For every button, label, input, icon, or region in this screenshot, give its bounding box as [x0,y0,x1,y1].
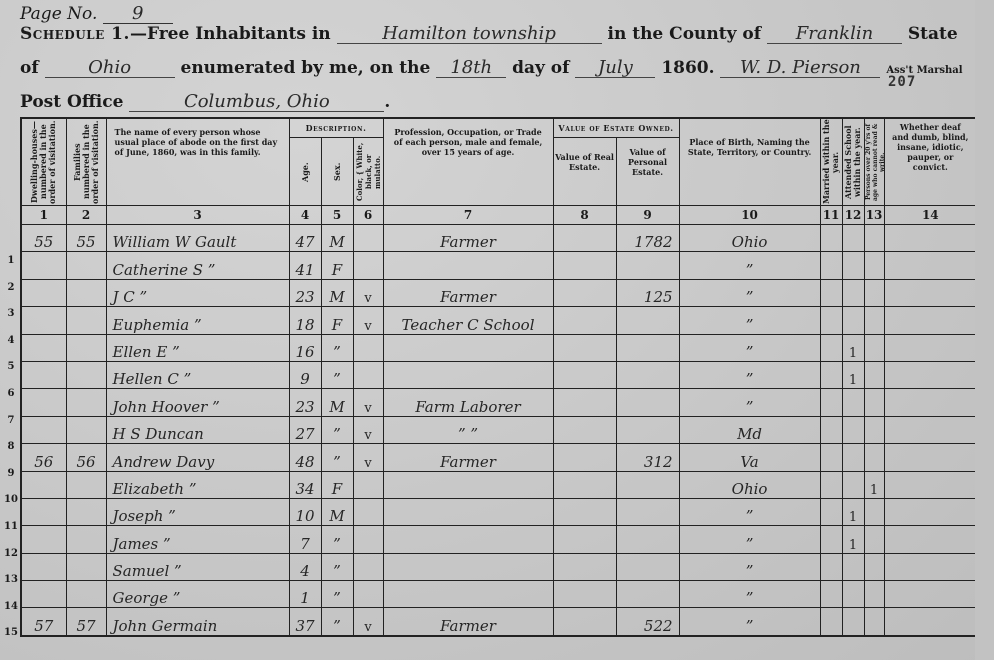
cell-attended-school [842,581,864,608]
header-col-4: Age. [289,138,321,206]
cell-married-within-year [820,252,842,279]
cell-sex: F [321,252,353,279]
cell-color [353,252,383,279]
cell-family-number: 57 [66,608,106,636]
cell-condition [884,416,977,443]
col-num-11: 11 [820,206,842,225]
header-col-7: Profession, Occupation, or Trade of each… [383,118,553,206]
cell-condition [884,307,977,334]
of-label: of [20,58,39,78]
post-office-value: Columbus, Ohio [129,93,384,112]
cell-birthplace: Ohio [679,471,820,498]
cell-occupation [383,361,553,388]
post-office-label: Post Office [20,92,123,112]
cell-person-name: John Germain [106,608,289,636]
line-number: 15 [3,627,19,638]
cell-married-within-year [820,334,842,361]
cell-dwelling-number [21,334,66,361]
cell-color [353,361,383,388]
cell-dwelling-number [21,416,66,443]
cell-real-estate-value [553,361,616,388]
cell-real-estate-value [553,334,616,361]
page-number: Page No. 9 [20,4,173,24]
adjacent-page-edge [975,0,994,660]
cell-married-within-year [820,526,842,553]
line-number: 13 [3,574,19,585]
cell-age: 37 [289,608,321,636]
cell-person-name: H S Duncan [106,416,289,443]
description-group-header: Description. [289,118,383,138]
cell-attended-school: 1 [842,361,864,388]
cell-personal-estate-value: 125 [616,279,679,306]
cell-person-name: George ” [106,581,289,608]
cell-family-number [66,526,106,553]
cell-condition [884,471,977,498]
cell-occupation [383,252,553,279]
cell-family-number [66,471,106,498]
cell-real-estate-value [553,279,616,306]
cell-birthplace: ” [679,389,820,416]
column-number-row: 1 2 3 4 5 6 7 8 9 10 11 12 13 14 [21,206,977,225]
cell-sex: F [321,471,353,498]
table-row: Hellen C ”9””1 [21,361,977,388]
cell-real-estate-value [553,581,616,608]
header-col-5: Sex. [321,138,353,206]
cell-attended-school: 1 [842,334,864,361]
cell-condition [884,361,977,388]
cell-real-estate-value [553,526,616,553]
cell-cannot-read-write [864,389,884,416]
page-number-value: 9 [103,5,173,24]
cell-attended-school: 1 [842,498,864,525]
header-col-8: Value of Real Estate. [553,138,616,206]
cell-condition [884,608,977,636]
cell-sex: M [321,498,353,525]
table-row: Elizabeth ”34FOhio1 [21,471,977,498]
cell-color: v [353,279,383,306]
col-num-6: 6 [353,206,383,225]
cell-color: v [353,444,383,471]
cell-cannot-read-write [864,581,884,608]
cell-birthplace: Va [679,444,820,471]
cell-married-within-year [820,498,842,525]
cell-person-name: Samuel ” [106,553,289,580]
cell-married-within-year [820,279,842,306]
cell-personal-estate-value [616,553,679,580]
cell-dwelling-number [21,279,66,306]
cell-attended-school [842,471,864,498]
cell-attended-school [842,416,864,443]
cell-personal-estate-value [616,526,679,553]
cell-cannot-read-write [864,334,884,361]
cell-dwelling-number: 55 [21,225,66,252]
cell-cannot-read-write [864,225,884,252]
cell-occupation [383,526,553,553]
cell-sex: M [321,279,353,306]
cell-age: 34 [289,471,321,498]
cell-person-name: Elizabeth ” [106,471,289,498]
cell-dwelling-number [21,252,66,279]
cell-sex: ” [321,553,353,580]
cell-condition [884,526,977,553]
cell-personal-estate-value [616,581,679,608]
cell-married-within-year [820,471,842,498]
line-number: 11 [3,521,19,532]
cell-married-within-year [820,361,842,388]
cell-married-within-year [820,581,842,608]
cell-condition [884,553,977,580]
cell-family-number [66,581,106,608]
cell-cannot-read-write: 1 [864,471,884,498]
cell-condition [884,444,977,471]
census-rows: 5555William W Gault47MFarmer1782OhioCath… [21,225,977,636]
cell-sex: ” [321,416,353,443]
cell-occupation [383,471,553,498]
year-value: 1860. [661,58,714,78]
day-value: 18th [436,59,506,78]
cell-personal-estate-value [616,389,679,416]
cell-age: 23 [289,389,321,416]
cell-age: 41 [289,252,321,279]
cell-birthplace: ” [679,279,820,306]
cell-real-estate-value [553,608,616,636]
cell-person-name: Andrew Davy [106,444,289,471]
cell-real-estate-value [553,416,616,443]
header-col-11: Married within the year. [820,118,842,206]
table-row: James ”7””1 [21,526,977,553]
col-num-9: 9 [616,206,679,225]
cell-occupation: ” ” [383,416,553,443]
cell-family-number [66,553,106,580]
estate-group-header: Value of Estate Owned. [553,118,679,138]
cell-age: 10 [289,498,321,525]
cell-person-name: James ” [106,526,289,553]
table-row: John Hoover ”23MvFarm Laborer” [21,389,977,416]
cell-age: 27 [289,416,321,443]
col-num-12: 12 [842,206,864,225]
cell-personal-estate-value [616,416,679,443]
cell-personal-estate-value: 312 [616,444,679,471]
col-num-14: 14 [884,206,977,225]
cell-married-within-year [820,608,842,636]
cell-cannot-read-write [864,553,884,580]
cell-birthplace: ” [679,526,820,553]
cell-color [353,553,383,580]
cell-attended-school: 1 [842,526,864,553]
cell-person-name: John Hoover ” [106,389,289,416]
cell-cannot-read-write [864,307,884,334]
cell-dwelling-number [21,471,66,498]
county-value: Franklin [767,25,902,44]
state-label: State [908,24,958,44]
cell-real-estate-value [553,471,616,498]
cell-person-name: Catherine S ” [106,252,289,279]
cell-person-name: Euphemia ” [106,307,289,334]
cell-condition [884,498,977,525]
table-row: 5656Andrew Davy48”vFarmer312Va [21,444,977,471]
cell-sex: ” [321,581,353,608]
cell-color: v [353,389,383,416]
cell-birthplace: Ohio [679,225,820,252]
table-row: Samuel ”4”” [21,553,977,580]
cell-cannot-read-write [864,526,884,553]
cell-real-estate-value [553,389,616,416]
cell-attended-school [842,225,864,252]
cell-dwelling-number [21,526,66,553]
cell-birthplace: Md [679,416,820,443]
cell-occupation: Teacher C School [383,307,553,334]
cell-dwelling-number: 57 [21,608,66,636]
month-value: July [575,59,655,78]
cell-attended-school [842,553,864,580]
cell-personal-estate-value [616,334,679,361]
table-row: 5555William W Gault47MFarmer1782Ohio [21,225,977,252]
census-table: Dwelling-houses—numbered in the order of… [20,117,978,637]
cell-family-number [66,416,106,443]
cell-birthplace: ” [679,307,820,334]
cell-birthplace: ” [679,553,820,580]
county-label: in the County of [607,24,761,44]
cell-real-estate-value [553,252,616,279]
cell-color [353,498,383,525]
table-row: 5757John Germain37”vFarmer522” [21,608,977,636]
table-row: Ellen E ”16””1 [21,334,977,361]
col-num-2: 2 [66,206,106,225]
table-row: George ”1”” [21,581,977,608]
cell-cannot-read-write [864,416,884,443]
marshal-number: 207 [888,74,916,90]
cell-attended-school [842,444,864,471]
cell-color: v [353,307,383,334]
cell-sex: ” [321,444,353,471]
cell-occupation [383,334,553,361]
cell-married-within-year [820,225,842,252]
header-col-14: Whether deaf and dumb, blind, insane, id… [884,118,977,206]
post-office-period: . [384,92,390,112]
cell-real-estate-value [553,307,616,334]
line-number: 6 [3,388,19,399]
cell-family-number [66,334,106,361]
col-num-10: 10 [679,206,820,225]
col-num-13: 13 [864,206,884,225]
cell-attended-school [842,608,864,636]
cell-color [353,471,383,498]
cell-married-within-year [820,416,842,443]
cell-cannot-read-write [864,498,884,525]
cell-person-name: William W Gault [106,225,289,252]
cell-attended-school [842,389,864,416]
cell-sex: M [321,389,353,416]
col-num-3: 3 [106,206,289,225]
cell-personal-estate-value [616,471,679,498]
heading-line-1: Schedule 1.—Free Inhabitants in Hamilton… [20,24,958,44]
cell-attended-school [842,252,864,279]
col-num-4: 4 [289,206,321,225]
cell-occupation: Farmer [383,279,553,306]
cell-real-estate-value [553,498,616,525]
cell-family-number [66,307,106,334]
cell-birthplace: ” [679,252,820,279]
cell-sex: F [321,307,353,334]
cell-color: v [353,608,383,636]
header-col-13: Persons over 20 y'rs of age who cannot r… [864,118,884,206]
cell-personal-estate-value [616,252,679,279]
cell-dwelling-number [21,361,66,388]
cell-person-name: J C ” [106,279,289,306]
cell-condition [884,225,977,252]
cell-married-within-year [820,553,842,580]
cell-real-estate-value [553,444,616,471]
cell-occupation [383,498,553,525]
cell-attended-school [842,279,864,306]
cell-personal-estate-value: 1782 [616,225,679,252]
cell-personal-estate-value [616,307,679,334]
cell-dwelling-number [21,498,66,525]
header-col-3: The name of every person whose usual pla… [106,118,289,206]
line-number: 1 [3,255,19,266]
cell-personal-estate-value: 522 [616,608,679,636]
cell-personal-estate-value [616,498,679,525]
table-row: Euphemia ”18FvTeacher C School” [21,307,977,334]
table-row: H S Duncan27”v” ”Md [21,416,977,443]
cell-birthplace: ” [679,608,820,636]
line-number: 3 [3,308,19,319]
cell-condition [884,252,977,279]
cell-cannot-read-write [864,361,884,388]
schedule-label: Schedule 1. [20,24,130,44]
line-number: 14 [3,601,19,612]
line-number: 10 [3,494,19,505]
line-number: 4 [3,335,19,346]
cell-age: 7 [289,526,321,553]
cell-sex: ” [321,526,353,553]
cell-dwelling-number: 56 [21,444,66,471]
line-number: 7 [3,415,19,426]
cell-occupation [383,553,553,580]
line-number: 5 [3,361,19,372]
cell-real-estate-value [553,553,616,580]
table-row: Joseph ”10M”1 [21,498,977,525]
cell-married-within-year [820,389,842,416]
cell-age: 23 [289,279,321,306]
cell-person-name: Hellen C ” [106,361,289,388]
header-col-2: Families numbered in the order of visita… [66,118,106,206]
cell-age: 47 [289,225,321,252]
col-num-7: 7 [383,206,553,225]
cell-family-number [66,389,106,416]
header-col-9: Value of Personal Estate. [616,138,679,206]
page-number-label: Page No. [20,4,97,24]
cell-occupation: Farmer [383,444,553,471]
township-value: Hamilton township [337,25,602,44]
cell-person-name: Joseph ” [106,498,289,525]
cell-real-estate-value [553,225,616,252]
cell-family-number [66,498,106,525]
cell-sex: ” [321,334,353,361]
cell-condition [884,581,977,608]
header-col-6: Color, { White, black, or mulatto. [353,138,383,206]
cell-age: 4 [289,553,321,580]
cell-cannot-read-write [864,608,884,636]
cell-family-number [66,252,106,279]
cell-family-number: 56 [66,444,106,471]
marshal-name: W. D. Pierson [720,59,880,78]
enumerated-label: enumerated by me, on the [181,58,431,78]
table-row: J C ”23MvFarmer125” [21,279,977,306]
cell-family-number [66,279,106,306]
cell-condition [884,334,977,361]
line-number: 2 [3,282,19,293]
cell-sex: ” [321,608,353,636]
cell-age: 16 [289,334,321,361]
cell-age: 9 [289,361,321,388]
col-num-1: 1 [21,206,66,225]
cell-dwelling-number [21,581,66,608]
cell-age: 1 [289,581,321,608]
cell-cannot-read-write [864,444,884,471]
state-value: Ohio [45,59,175,78]
cell-sex: M [321,225,353,252]
cell-condition [884,389,977,416]
cell-birthplace: ” [679,581,820,608]
cell-birthplace: ” [679,361,820,388]
cell-family-number [66,361,106,388]
cell-person-name: Ellen E ” [106,334,289,361]
cell-birthplace: ” [679,334,820,361]
cell-personal-estate-value [616,361,679,388]
cell-occupation [383,581,553,608]
line-number: 9 [3,468,19,479]
heading-line-2: of Ohio enumerated by me, on the 18th da… [20,58,963,78]
cell-color: v [353,416,383,443]
line-number: 8 [3,441,19,452]
header-col-1: Dwelling-houses—numbered in the order of… [21,118,66,206]
cell-condition [884,279,977,306]
col-num-8: 8 [553,206,616,225]
cell-birthplace: ” [679,498,820,525]
line-number: 12 [3,548,19,559]
cell-dwelling-number [21,389,66,416]
cell-occupation: Farm Laborer [383,389,553,416]
cell-occupation: Farmer [383,608,553,636]
cell-cannot-read-write [864,279,884,306]
cell-family-number: 55 [66,225,106,252]
cell-married-within-year [820,307,842,334]
cell-attended-school [842,307,864,334]
table-row: Catherine S ”41F” [21,252,977,279]
cell-sex: ” [321,361,353,388]
header-col-12: Attended School within the year. [842,118,864,206]
cell-married-within-year [820,444,842,471]
cell-age: 48 [289,444,321,471]
census-page: Page No. 9 Schedule 1.—Free Inhabitants … [0,0,994,660]
heading-line-3: Post Office Columbus, Ohio. [20,92,390,112]
cell-occupation: Farmer [383,225,553,252]
header-row-group: Dwelling-houses—numbered in the order of… [21,118,977,138]
cell-color [353,334,383,361]
cell-color [353,225,383,252]
cell-cannot-read-write [864,252,884,279]
cell-dwelling-number [21,553,66,580]
cell-color [353,581,383,608]
title-prefix: —Free Inhabitants in [130,24,331,44]
header-col-10: Place of Birth, Naming the State, Territ… [679,118,820,206]
col-num-5: 5 [321,206,353,225]
cell-color [353,526,383,553]
cell-dwelling-number [21,307,66,334]
cell-age: 18 [289,307,321,334]
day-of-label: day of [512,58,569,78]
